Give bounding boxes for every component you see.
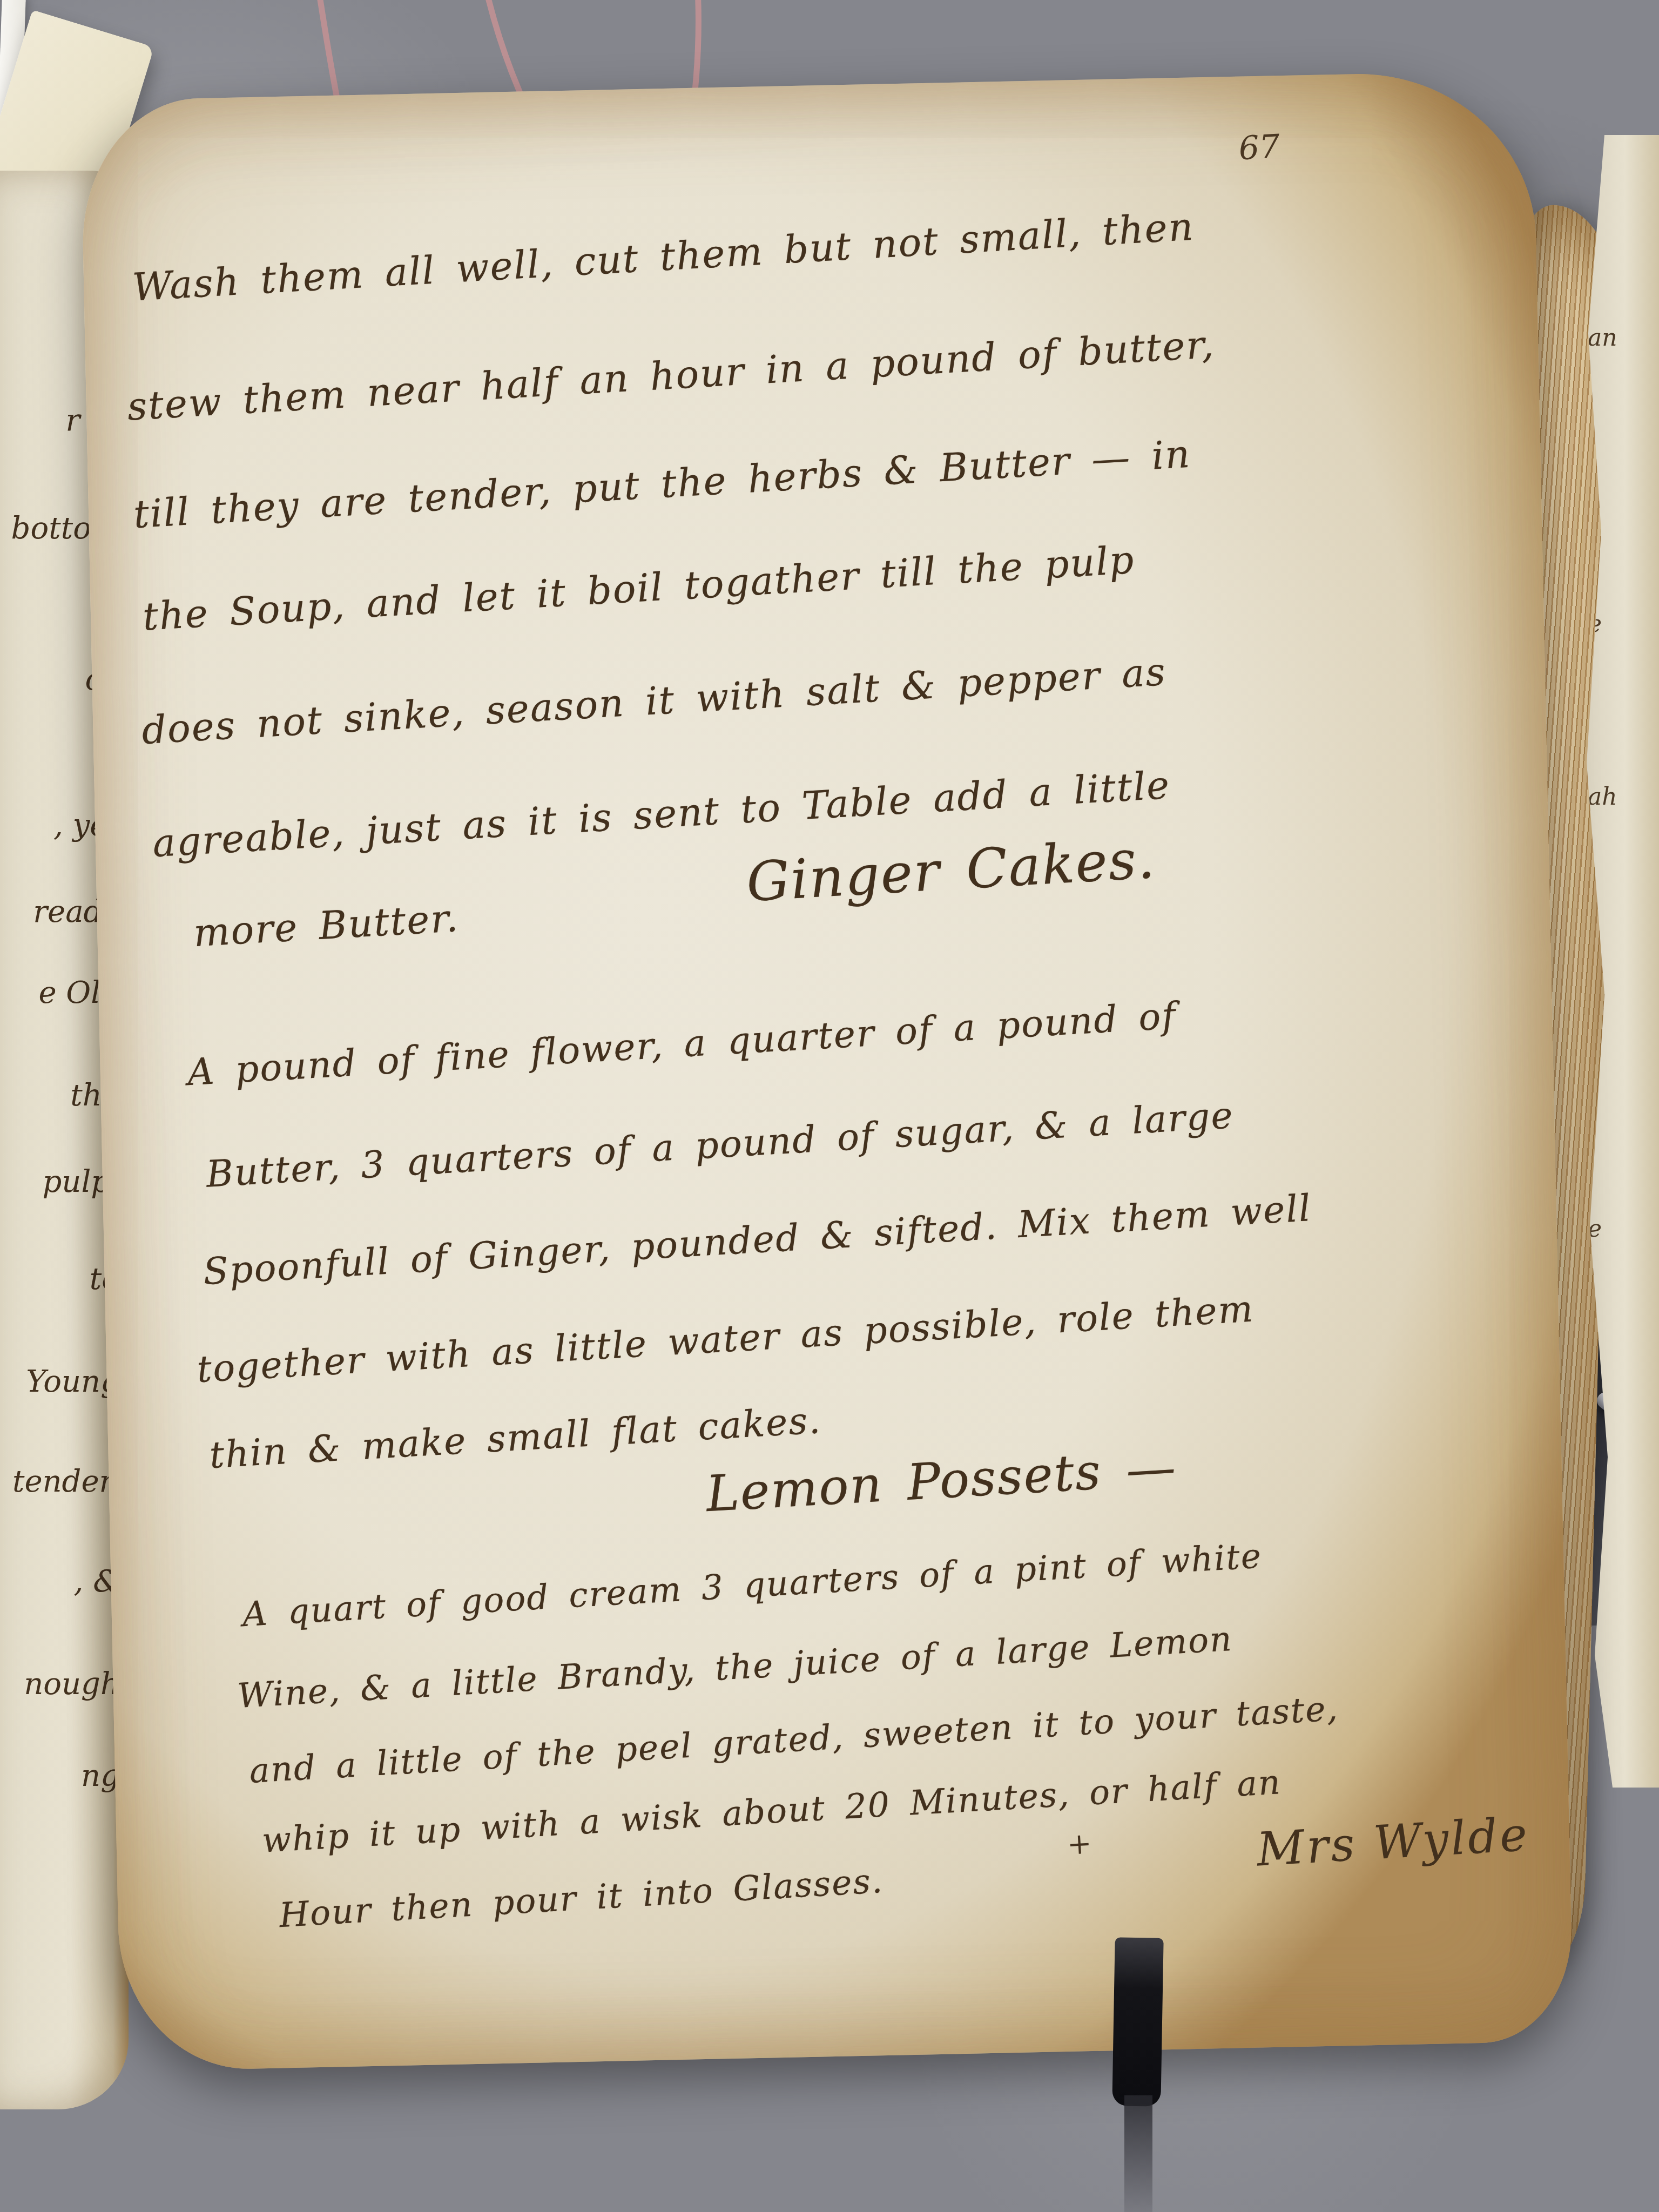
author-signature: Mrs Wylde bbox=[1255, 1808, 1530, 1877]
manuscript-line: Butter, 3 quarters of a pound of sugar, … bbox=[205, 1094, 1235, 1196]
line-end-fragment: nough bbox=[24, 1667, 120, 1702]
handwritten-text-block: 67 Wash them all well, cut them but not … bbox=[81, 44, 1645, 2095]
manuscript-line: Spoonfull of Ginger, pounded & sifted. M… bbox=[202, 1187, 1313, 1293]
recipe-heading-lemon-possets: Lemon Possets — bbox=[705, 1438, 1178, 1523]
table-groove bbox=[1124, 2095, 1152, 2212]
manuscript-line: A pound of fine flower, a quarter of a p… bbox=[186, 995, 1178, 1094]
manuscript-line: does not sinke, season it with salt & pe… bbox=[140, 649, 1168, 753]
manuscript-line: A quart of good cream 3 quarters of a pi… bbox=[241, 1536, 1263, 1634]
manuscript-line: Wash them all well, cut them but not sma… bbox=[131, 204, 1195, 310]
line-end-fragment: Young bbox=[26, 1364, 120, 1399]
manuscript-page: 67 Wash them all well, cut them but not … bbox=[80, 70, 1574, 2072]
manuscript-line: the Soup, and let it boil togather till … bbox=[141, 537, 1136, 639]
line-end-fragment: ng bbox=[81, 1758, 120, 1793]
table-slot bbox=[1112, 1937, 1163, 2107]
text-fragment: an bbox=[1588, 324, 1617, 352]
manuscript-line: stew them near half an hour in a pound o… bbox=[126, 322, 1216, 429]
manuscript-line: till they are tender, put the herbs & Bu… bbox=[132, 431, 1192, 537]
caret-insertion-mark: + bbox=[1066, 1826, 1092, 1862]
recipe-heading-ginger-cakes: Ginger Cakes. bbox=[745, 827, 1157, 914]
text-fragment: ah bbox=[1588, 783, 1617, 811]
manuscript-line: Hour then pour it into Glasses. bbox=[278, 1861, 885, 1935]
page-number: 67 bbox=[1238, 127, 1281, 167]
photo-scene: t an e ah e g, r at bottom ce , yet read… bbox=[0, 0, 1659, 2212]
line-end-fragment: tender, bbox=[12, 1464, 120, 1499]
manuscript-line: together with as little water as possibl… bbox=[196, 1288, 1255, 1392]
manuscript-line: Wine, & a little Brandy, the juice of a … bbox=[237, 1619, 1234, 1716]
manuscript-line: more Butter. bbox=[192, 895, 460, 955]
